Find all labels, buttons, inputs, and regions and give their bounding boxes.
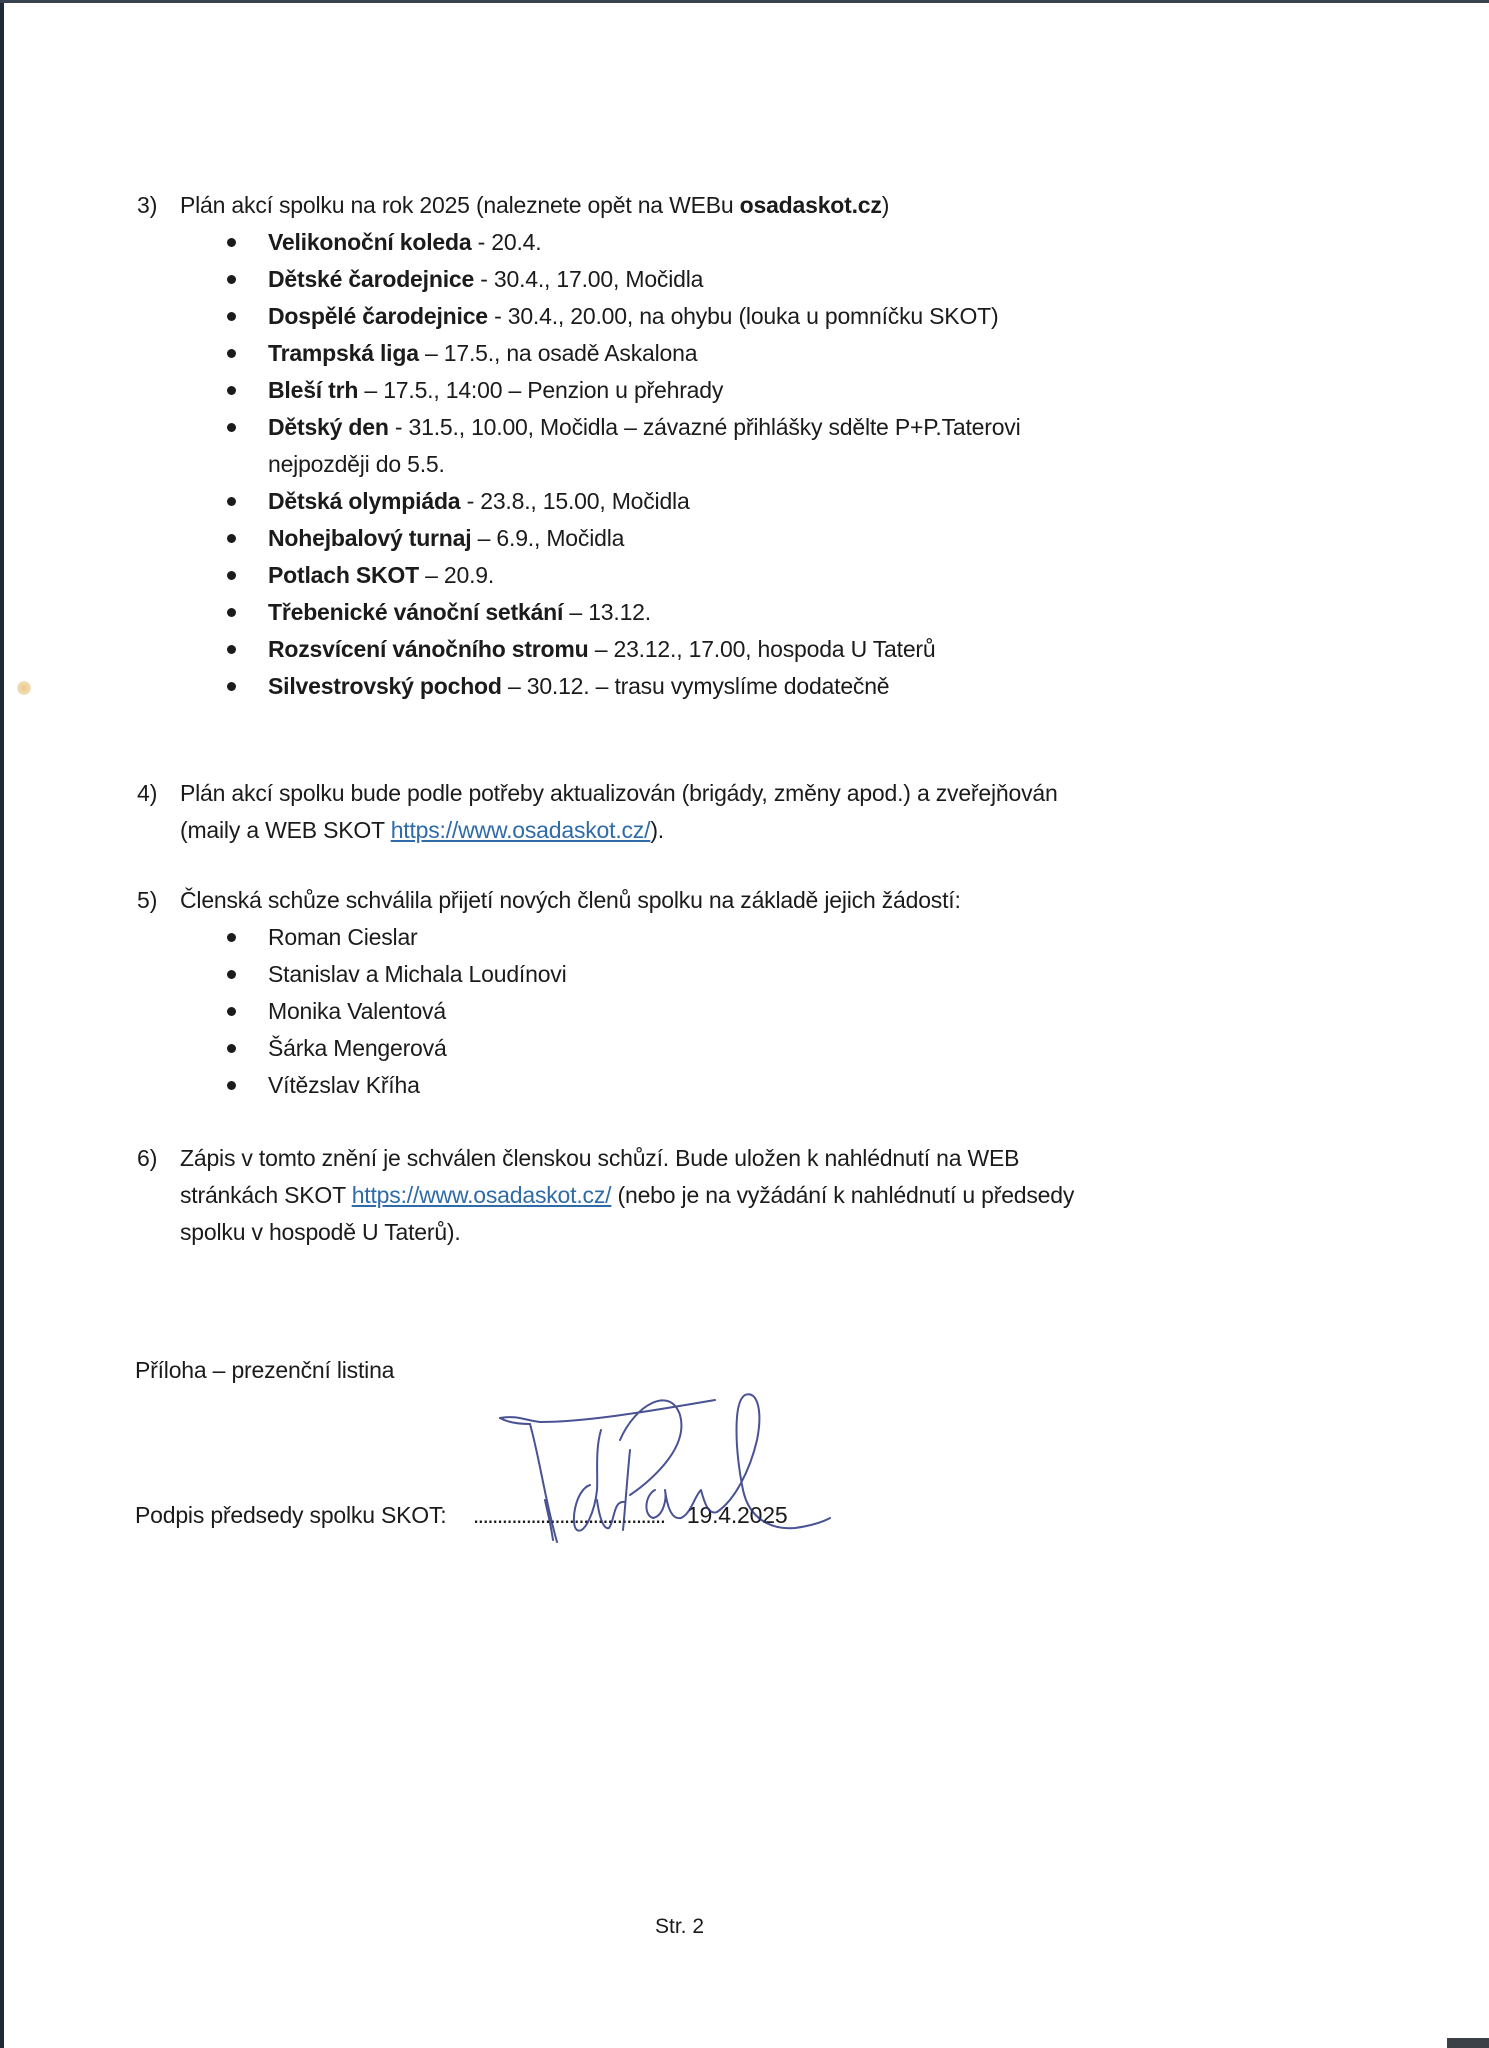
bullet-icon (227, 970, 236, 979)
section-4-line-1: Plán akcí spolku bude podle potřeby aktu… (180, 778, 1058, 808)
scan-border-top (0, 0, 1489, 3)
event-item: Trampská liga – 17.5., na osadě Askalona (268, 338, 697, 368)
section-6-line-1: Zápis v tomto znění je schválen členskou… (180, 1143, 1019, 1173)
bullet-icon (227, 933, 236, 942)
event-detail: – 6.9., Močidla (471, 525, 624, 551)
event-detail: – 13.12. (563, 599, 651, 625)
website-link[interactable]: https://www.osadaskot.cz/ (391, 817, 651, 843)
bullet-icon (227, 312, 236, 321)
signature-scribble-icon (495, 1390, 835, 1550)
bullet-icon (227, 608, 236, 617)
event-name: Rozsvícení vánočního stromu (268, 636, 589, 662)
scan-corner-shadow (1447, 2038, 1489, 2048)
event-item: Dětská olympiáda - 23.8., 15.00, Močidla (268, 486, 690, 516)
event-name: Velikonoční koleda (268, 229, 471, 255)
attachment-note: Příloha – prezenční listina (135, 1355, 394, 1385)
member-item: Stanislav a Michala Loudínovi (268, 959, 567, 989)
event-item: Velikonoční koleda - 20.4. (268, 227, 541, 257)
event-item: Třebenické vánoční setkání – 13.12. (268, 597, 651, 627)
bullet-icon (227, 386, 236, 395)
event-detail: – 23.12., 17.00, hospoda U Taterů (589, 636, 936, 662)
section-3-number: 3) (137, 190, 157, 220)
event-item: Dětský den - 31.5., 10.00, Močidla – záv… (268, 412, 1021, 442)
bullet-icon (227, 1081, 236, 1090)
section-4-number: 4) (137, 778, 157, 808)
member-item: Vítězslav Kříha (268, 1070, 420, 1100)
bullet-icon (227, 571, 236, 580)
member-item: Šárka Mengerová (268, 1033, 447, 1063)
event-name: Dětský den (268, 414, 389, 440)
section-5-number: 5) (137, 885, 157, 915)
bullet-icon (227, 534, 236, 543)
event-item: Dětské čarodejnice - 30.4., 17.00, Močid… (268, 264, 703, 294)
bullet-icon (227, 275, 236, 284)
event-name: Potlach SKOT (268, 562, 419, 588)
event-name: Třebenické vánoční setkání (268, 599, 563, 625)
event-detail: – 30.12. – trasu vymyslíme dodatečně (502, 673, 890, 699)
event-detail: – 17.5., 14:00 – Penzion u přehrady (358, 377, 723, 403)
website-bold: osadaskot.cz (740, 192, 882, 218)
bullet-icon (227, 1044, 236, 1053)
event-detail: – 17.5., na osadě Askalona (419, 340, 697, 366)
section-4-line-2: (maily a WEB SKOT https://www.osadaskot.… (180, 815, 664, 845)
event-name: Bleší trh (268, 377, 358, 403)
event-name: Dětská olympiáda (268, 488, 460, 514)
event-item: Nohejbalový turnaj – 6.9., Močidla (268, 523, 624, 553)
member-item: Roman Cieslar (268, 922, 418, 952)
website-link[interactable]: https://www.osadaskot.cz/ (352, 1182, 612, 1208)
bullet-icon (227, 423, 236, 432)
event-item-continuation: nejpozději do 5.5. (268, 449, 445, 479)
signature-label: Podpis předsedy spolku SKOT: (135, 1502, 446, 1528)
event-name: Silvestrovský pochod (268, 673, 502, 699)
event-detail: - 20.4. (471, 229, 541, 255)
bullet-icon (227, 645, 236, 654)
event-detail: - 23.8., 15.00, Močidla (460, 488, 689, 514)
section-6-line-2: stránkách SKOT https://www.osadaskot.cz/… (180, 1180, 1074, 1210)
bullet-icon (227, 1007, 236, 1016)
scan-smudge (17, 681, 31, 695)
scan-border-left (0, 0, 4, 2048)
section-6-line-3: spolku v hospodě U Taterů). (180, 1217, 461, 1247)
member-item: Monika Valentová (268, 996, 446, 1026)
page-number: Str. 2 (655, 1913, 704, 1941)
event-name: Nohejbalový turnaj (268, 525, 471, 551)
section-3-intro: Plán akcí spolku na rok 2025 (naleznete … (180, 190, 889, 220)
bullet-icon (227, 682, 236, 691)
event-item: Bleší trh – 17.5., 14:00 – Penzion u pře… (268, 375, 723, 405)
event-item: Silvestrovský pochod – 30.12. – trasu vy… (268, 671, 889, 701)
bullet-icon (227, 238, 236, 247)
event-name: Dospělé čarodejnice (268, 303, 488, 329)
event-detail: - 30.4., 17.00, Močidla (474, 266, 703, 292)
event-name: Trampská liga (268, 340, 419, 366)
section-6-number: 6) (137, 1143, 157, 1173)
event-detail: – 20.9. (419, 562, 494, 588)
event-item: Rozsvícení vánočního stromu – 23.12., 17… (268, 634, 935, 664)
section-5-intro: Členská schůze schválila přijetí nových … (180, 885, 961, 915)
event-name: Dětské čarodejnice (268, 266, 474, 292)
event-detail: - 31.5., 10.00, Močidla – závazné přihlá… (389, 414, 1021, 440)
event-detail: - 30.4., 20.00, na ohybu (louka u pomníč… (488, 303, 999, 329)
bullet-icon (227, 349, 236, 358)
bullet-icon (227, 497, 236, 506)
event-item: Potlach SKOT – 20.9. (268, 560, 494, 590)
event-item: Dospělé čarodejnice - 30.4., 20.00, na o… (268, 301, 998, 331)
